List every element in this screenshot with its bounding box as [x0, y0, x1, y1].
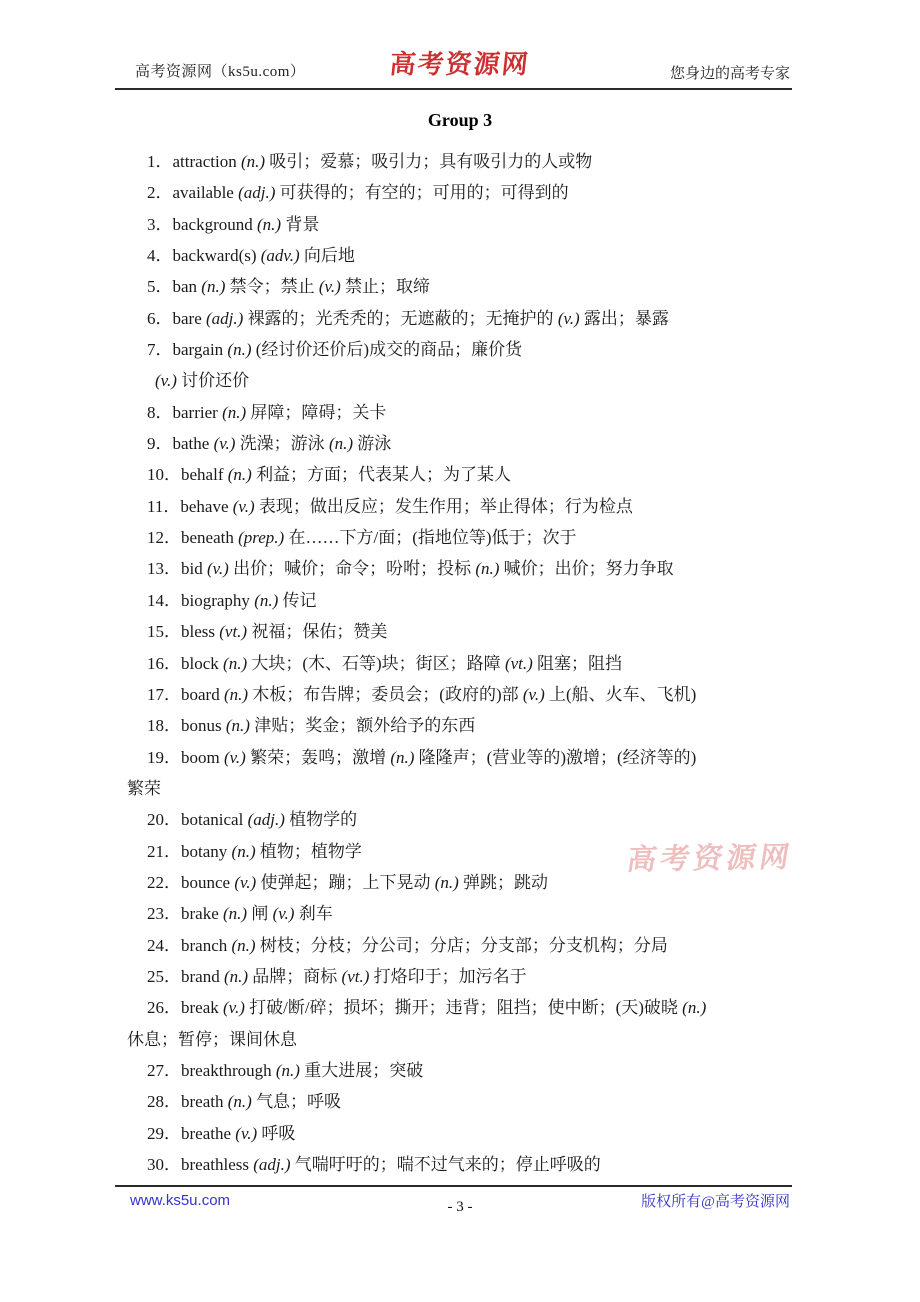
entry-pos: (v.) — [155, 371, 177, 390]
entry-word: bless — [181, 622, 219, 641]
entry-pos: (v.) — [234, 873, 256, 892]
document-page: 高考资源网（ks5u.com） 高考资源网 您身边的高考专家 Group 3 1… — [0, 0, 920, 1302]
entry-pos: (vt.) — [505, 654, 533, 673]
entry-num: 20． — [147, 810, 181, 829]
entry-pos: (v.) — [207, 559, 229, 578]
entry-num: 15． — [147, 622, 181, 641]
entry-num: 25． — [147, 967, 181, 986]
entry-num: 17． — [147, 685, 181, 704]
entry-cn: 出价；喊价；命令；吩咐；投标 — [229, 559, 476, 578]
entry-cn: 喊价；出价；努力争取 — [499, 559, 673, 578]
entry-num: 11． — [147, 497, 180, 516]
footer-copyright[interactable]: 版权所有@高考资源网 — [641, 1190, 790, 1211]
entry-cn: 品牌；商标 — [248, 967, 342, 986]
entry-cn: 使弹起；蹦；上下晃动 — [256, 873, 435, 892]
entry-num: 22． — [147, 873, 181, 892]
entry-num: 4． — [147, 246, 173, 265]
word-entry-line: 3．background (n.) 背景 — [127, 209, 797, 240]
entry-cn: 大块；(木、石等)块；街区；路障 — [247, 654, 505, 673]
entry-pos: (v.) — [273, 904, 295, 923]
entry-word: break — [181, 998, 223, 1017]
word-entry-line: 22．bounce (v.) 使弹起；蹦；上下晃动 (n.) 弹跳；跳动 — [127, 867, 797, 898]
word-entry-line: 2．available (adj.) 可获得的；有空的；可用的；可得到的 — [127, 177, 797, 208]
entry-num: 24． — [147, 936, 181, 955]
entry-cn: 阻塞；阻挡 — [533, 654, 622, 673]
word-entry-line: 20．botanical (adj.) 植物学的 — [127, 804, 797, 835]
entry-word: bonus — [181, 716, 226, 735]
entry-cn: 表现；做出反应；发生作用；举止得体；行为检点 — [255, 497, 633, 516]
entry-num: 29． — [147, 1124, 181, 1143]
entry-pos: (n.) — [232, 936, 256, 955]
entry-num: 19． — [147, 748, 181, 767]
entry-cn: 打烙印于；加污名于 — [369, 967, 526, 986]
entry-word: breathe — [181, 1124, 235, 1143]
entry-word: brake — [181, 904, 223, 923]
entry-cn: 休息；暂停；课间休息 — [127, 1030, 297, 1049]
word-entry-line: 繁荣 — [127, 773, 797, 804]
entry-word: behalf — [181, 465, 228, 484]
entry-pos: (n.) — [224, 685, 248, 704]
entry-word: board — [181, 685, 224, 704]
entry-pos: (n.) — [329, 434, 353, 453]
entry-num: 10． — [147, 465, 181, 484]
entry-cn: 禁令；禁止 — [225, 277, 319, 296]
entry-num: 23． — [147, 904, 181, 923]
entry-cn: 弹跳；跳动 — [459, 873, 548, 892]
entry-word: ban — [173, 277, 202, 296]
entry-num: 8． — [147, 403, 173, 422]
word-entry-line: 21．botany (n.) 植物；植物学 — [127, 836, 797, 867]
entry-word: bare — [173, 309, 207, 328]
entry-word: botany — [181, 842, 232, 861]
entry-cn: 传记 — [278, 591, 316, 610]
entry-cn: 刹车 — [294, 904, 332, 923]
entry-num: 28． — [147, 1092, 181, 1111]
entry-num: 16． — [147, 654, 181, 673]
entry-pos: (n.) — [254, 591, 278, 610]
word-entry-line: 26．break (v.) 打破/断/碎；损坏；撕开；违背；阻挡；使中断；(天)… — [127, 992, 797, 1023]
entry-cn: 背景 — [281, 215, 319, 234]
entry-cn: 向后地 — [300, 246, 355, 265]
entry-pos: (n.) — [226, 716, 250, 735]
entry-cn: 木板；布告牌；委员会；(政府的)部 — [248, 685, 523, 704]
entry-cn: 上(船、火车、飞机) — [545, 685, 697, 704]
entry-word: bargain — [173, 340, 228, 359]
word-entry-line: (v.) 讨价还价 — [127, 365, 797, 396]
entry-word: beneath — [181, 528, 238, 547]
word-entry-line: 18．bonus (n.) 津贴；奖金；额外给予的东西 — [127, 710, 797, 741]
word-entry-line: 25．brand (n.) 品牌；商标 (vt.) 打烙印于；加污名于 — [127, 961, 797, 992]
entry-cn: 树枝；分枝；分公司；分店；分支部；分支机构；分局 — [256, 936, 668, 955]
entry-pos: (v.) — [223, 998, 245, 1017]
entry-num: 27． — [147, 1061, 181, 1080]
entry-pos: (n.) — [276, 1061, 300, 1080]
entry-pos: (v.) — [319, 277, 341, 296]
entry-word: breathless — [181, 1155, 253, 1174]
entry-num: 26． — [147, 998, 181, 1017]
entry-word: botanical — [181, 810, 248, 829]
entry-pos: (v.) — [224, 748, 246, 767]
entry-pos: (n.) — [228, 1092, 252, 1111]
entry-word: biography — [181, 591, 254, 610]
entry-word: available — [173, 183, 239, 202]
entry-pos: (vt.) — [342, 967, 370, 986]
entry-cn: 呼吸 — [257, 1124, 295, 1143]
word-entry-line: 27．breakthrough (n.) 重大进展；突破 — [127, 1055, 797, 1086]
entry-num: 18． — [147, 716, 181, 735]
entry-pos: (n.) — [241, 152, 265, 171]
entry-cn: 植物；植物学 — [256, 842, 362, 861]
entry-pos: (adv.) — [261, 246, 300, 265]
word-entry-line: 29．breathe (v.) 呼吸 — [127, 1118, 797, 1149]
entry-num: 9． — [147, 434, 173, 453]
word-entry-line: 4．backward(s) (adv.) 向后地 — [127, 240, 797, 271]
entry-word: boom — [181, 748, 224, 767]
entry-pos: (n.) — [224, 967, 248, 986]
entry-word: attraction — [173, 152, 241, 171]
entry-pos: (adj.) — [253, 1155, 290, 1174]
entry-pos: (n.) — [223, 654, 247, 673]
word-entry-line: 1．attraction (n.) 吸引；爱慕；吸引力；具有吸引力的人或物 — [127, 146, 797, 177]
word-entry-line: 9．bathe (v.) 洗澡；游泳 (n.) 游泳 — [127, 428, 797, 459]
entry-word: breakthrough — [181, 1061, 276, 1080]
entry-num: 14． — [147, 591, 181, 610]
entry-word: bathe — [173, 434, 214, 453]
word-entry-line: 13．bid (v.) 出价；喊价；命令；吩咐；投标 (n.) 喊价；出价；努力… — [127, 553, 797, 584]
footer-divider — [115, 1185, 792, 1187]
entry-cn: 游泳 — [353, 434, 391, 453]
entry-cn: 屏障；障碍；关卡 — [246, 403, 386, 422]
entry-cn: 祝福；保佑；赞美 — [247, 622, 387, 641]
word-entry-line: 10．behalf (n.) 利益；方面；代表某人；为了某人 — [127, 459, 797, 490]
entry-cn: 重大进展；突破 — [300, 1061, 423, 1080]
entry-cn: 闸 — [247, 904, 273, 923]
entry-num: 13． — [147, 559, 181, 578]
word-entry-line: 15．bless (vt.) 祝福；保佑；赞美 — [127, 616, 797, 647]
word-entry-line: 24．branch (n.) 树枝；分枝；分公司；分店；分支部；分支机构；分局 — [127, 930, 797, 961]
page-title: Group 3 — [0, 110, 920, 131]
entry-num: 1． — [147, 152, 173, 171]
header-divider — [115, 88, 792, 90]
entry-cn: 繁荣；轰鸣；激增 — [246, 748, 391, 767]
word-entry-line: 14．biography (n.) 传记 — [127, 585, 797, 616]
entry-pos: (v.) — [214, 434, 236, 453]
word-entry-line: 7．bargain (n.) (经讨价还价后)成交的商品；廉价货 — [127, 334, 797, 365]
word-list: 1．attraction (n.) 吸引；爱慕；吸引力；具有吸引力的人或物2．a… — [127, 146, 797, 1180]
entry-pos: (n.) — [475, 559, 499, 578]
entry-num: 12． — [147, 528, 181, 547]
entry-cn: 气喘吁吁的；喘不过气来的；停止呼吸的 — [291, 1155, 601, 1174]
entry-cn: 吸引；爱慕；吸引力；具有吸引力的人或物 — [265, 152, 592, 171]
word-entry-line: 28．breath (n.) 气息；呼吸 — [127, 1086, 797, 1117]
entry-pos: (v.) — [235, 1124, 257, 1143]
word-entry-line: 16．block (n.) 大块；(木、石等)块；街区；路障 (vt.) 阻塞；… — [127, 648, 797, 679]
entry-pos: (vt.) — [219, 622, 247, 641]
entry-cn: 植物学的 — [285, 810, 357, 829]
entry-pos: (n.) — [232, 842, 256, 861]
entry-cn: 津贴；奖金；额外给予的东西 — [250, 716, 475, 735]
entry-pos: (n.) — [201, 277, 225, 296]
entry-pos: (n.) — [228, 465, 252, 484]
entry-cn: 打破/断/碎；损坏；撕开；违背；阻挡；使中断；(天)破晓 — [245, 998, 682, 1017]
entry-word: brand — [181, 967, 224, 986]
entry-cn: 裸露的；光秃秃的；无遮蔽的；无掩护的 — [243, 309, 558, 328]
entry-cn: 利益；方面；代表某人；为了某人 — [252, 465, 511, 484]
word-entry-line: 12．beneath (prep.) 在……下方/面；(指地位等)低于；次于 — [127, 522, 797, 553]
entry-num: 6． — [147, 309, 173, 328]
entry-cn: 讨价还价 — [177, 371, 249, 390]
entry-word: behave — [180, 497, 232, 516]
entry-cn: 可获得的；有空的；可用的；可得到的 — [275, 183, 568, 202]
entry-num: 3． — [147, 215, 173, 234]
entry-cn: 隆隆声；(营业等的)激增；(经济等的) — [414, 748, 696, 767]
word-entry-line: 17．board (n.) 木板；布告牌；委员会；(政府的)部 (v.) 上(船… — [127, 679, 797, 710]
entry-word: barrier — [173, 403, 223, 422]
entry-pos: (n.) — [257, 215, 281, 234]
entry-word: background — [173, 215, 258, 234]
entry-word: branch — [181, 936, 232, 955]
entry-word: bounce — [181, 873, 234, 892]
word-entry-line: 6．bare (adj.) 裸露的；光秃秃的；无遮蔽的；无掩护的 (v.) 露出… — [127, 303, 797, 334]
entry-pos: (adj.) — [238, 183, 275, 202]
entry-cn: 洗澡；游泳 — [235, 434, 329, 453]
entry-pos: (n.) — [682, 998, 706, 1017]
word-entry-line: 11．behave (v.) 表现；做出反应；发生作用；举止得体；行为检点 — [127, 491, 797, 522]
word-entry-line: 5．ban (n.) 禁令；禁止 (v.) 禁止；取缔 — [127, 271, 797, 302]
entry-num: 7． — [147, 340, 173, 359]
entry-pos: (adj.) — [248, 810, 285, 829]
word-entry-line: 30．breathless (adj.) 气喘吁吁的；喘不过气来的；停止呼吸的 — [127, 1149, 797, 1180]
entry-num: 30． — [147, 1155, 181, 1174]
entry-pos: (prep.) — [238, 528, 284, 547]
entry-pos: (n.) — [222, 403, 246, 422]
entry-word: block — [181, 654, 223, 673]
word-entry-line: 8．barrier (n.) 屏障；障碍；关卡 — [127, 397, 797, 428]
entry-pos: (v.) — [523, 685, 545, 704]
entry-cn: 禁止；取缔 — [341, 277, 430, 296]
entry-pos: (adj.) — [206, 309, 243, 328]
entry-num: 21． — [147, 842, 181, 861]
entry-pos: (n.) — [390, 748, 414, 767]
entry-cn: (经讨价还价后)成交的商品；廉价货 — [252, 340, 523, 359]
entry-cn: 繁荣 — [127, 779, 161, 798]
entry-pos: (v.) — [233, 497, 255, 516]
entry-pos: (n.) — [435, 873, 459, 892]
entry-cn: 露出；暴露 — [580, 309, 669, 328]
entry-cn: 气息；呼吸 — [252, 1092, 341, 1111]
entry-word: bid — [181, 559, 207, 578]
word-entry-line: 19．boom (v.) 繁荣；轰鸣；激增 (n.) 隆隆声；(营业等的)激增；… — [127, 742, 797, 773]
header-slogan: 您身边的高考专家 — [670, 62, 790, 83]
entry-word: backward(s) — [173, 246, 261, 265]
entry-word: breath — [181, 1092, 228, 1111]
entry-num: 5． — [147, 277, 173, 296]
word-entry-line: 23．brake (n.) 闸 (v.) 刹车 — [127, 898, 797, 929]
entry-pos: (n.) — [223, 904, 247, 923]
word-entry-line: 休息；暂停；课间休息 — [127, 1024, 797, 1055]
entry-pos: (n.) — [227, 340, 251, 359]
entry-num: 2． — [147, 183, 173, 202]
entry-cn: 在……下方/面；(指地位等)低于；次于 — [284, 528, 576, 547]
entry-pos: (v.) — [558, 309, 580, 328]
